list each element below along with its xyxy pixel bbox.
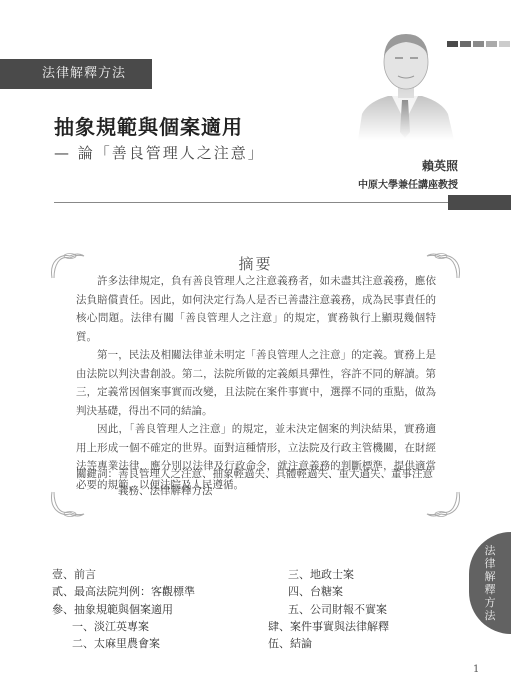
abstract-body: 許多法律規定，負有善良管理人之注意義務者，如未盡其注意義務，應依法負賠償責任。因…: [76, 272, 436, 494]
abstract-paragraph: 許多法律規定，負有善良管理人之注意義務者，如未盡其注意義務，應依法負賠償責任。因…: [76, 272, 436, 346]
decor-square: [486, 41, 497, 47]
divider-line: [54, 202, 448, 203]
decor-square: [460, 41, 471, 47]
keywords: 關鍵詞： 善良管理人之注意、抽象輕過失、具體輕過失、重大過失、董事注意義務、法律…: [76, 466, 438, 500]
toc-item: 四、台糖案: [268, 583, 389, 600]
divider-block: [448, 195, 511, 210]
toc-item: 五、公司財報不實案: [268, 601, 389, 618]
toc-item: 壹、前言: [52, 566, 195, 583]
toc-item: 貳、最高法院判例：客觀標準: [52, 583, 195, 600]
toc-item: 伍、結論: [268, 635, 389, 652]
toc-right-column: 三、地政士案 四、台糖案 五、公司財報不實案 肆、案件事實與法律解釋 伍、結論: [268, 566, 389, 652]
toc-item: 三、地政士案: [268, 566, 389, 583]
side-tab-label: 法律解釋方法: [483, 544, 497, 622]
author-name: 賴英照: [422, 157, 458, 174]
author-position: 中原大學兼任講座教授: [358, 176, 458, 191]
decor-square: [473, 41, 484, 47]
category-banner: 法律解釋方法: [0, 59, 152, 89]
article-title: 抽象規範與個案適用: [54, 111, 243, 140]
keywords-list: 善良管理人之注意、抽象輕過失、具體輕過失、重大過失、董事注意義務、法律解釋方法: [118, 466, 438, 500]
page-number: 1: [473, 664, 479, 675]
toc-item: 參、抽象規範與個案適用: [52, 601, 195, 618]
article-subtitle: — 論「善良管理人之注意」: [54, 142, 265, 163]
toc-item: 一、淡江英專案: [52, 618, 195, 635]
author-portrait-icon: [350, 22, 460, 140]
keywords-label: 關鍵詞：: [76, 466, 118, 483]
toc-item: 二、太麻里農會案: [52, 635, 195, 652]
abstract-heading: 摘要: [0, 253, 511, 274]
decor-square: [499, 41, 510, 47]
toc-left-column: 壹、前言 貳、最高法院判例：客觀標準 參、抽象規範與個案適用 一、淡江英專案 二…: [52, 566, 195, 652]
toc-item: 肆、案件事實與法律解釋: [268, 618, 389, 635]
abstract-paragraph: 第一，民法及相關法律並未明定「善良管理人之注意」的定義。實務上是由法院以判決書創…: [76, 346, 436, 420]
